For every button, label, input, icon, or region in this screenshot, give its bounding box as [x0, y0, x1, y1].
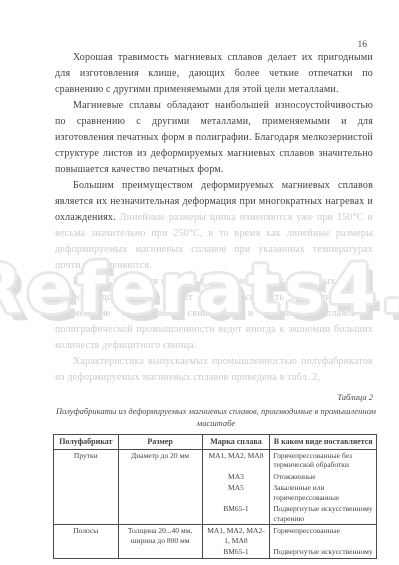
table-header-cell: Размер: [118, 435, 202, 450]
table-label: Таблица 2: [55, 392, 373, 402]
cell-delivery-form: Горячепрессованные без термической обраб…: [270, 449, 377, 471]
text-block: Хорошая травимость магниевых сплавов дел…: [55, 50, 373, 559]
cell-delivery-form: Подвергнутые искусственному старению: [270, 503, 377, 525]
cell-size: Диаметр до 20 мм: [118, 449, 202, 525]
cell-grade: МА1, МА2, МА2-1, МА8: [202, 525, 270, 547]
cell-delivery-form: Закаленные или горячепрессованные: [270, 482, 377, 503]
paragraph-2: Магниевые сплавы обладают наибольшей изн…: [55, 98, 373, 178]
cell-product: Прутки: [54, 449, 119, 525]
table-row: ПолосыТолщина 20...40 мм, ширина до 800 …: [54, 525, 377, 547]
cell-grade: МА3: [202, 471, 270, 483]
cell-delivery-form: Горячепрессованные: [270, 525, 377, 547]
paragraph-4: Процесс травления пластин из деформируем…: [55, 274, 373, 354]
document-page: 16 Referats4.ru Хорошая травимость магни…: [0, 0, 399, 565]
paragraph-3: Большим преимуществом деформируемых магн…: [55, 178, 373, 274]
products-table: ПолуфабрикатРазмерМарка сплаваВ каком ви…: [53, 434, 377, 559]
table-header-row: ПолуфабрикатРазмерМарка сплаваВ каком ви…: [54, 435, 377, 450]
cell-size: Толщина 20...40 мм, ширина до 800 мм: [118, 525, 202, 559]
paragraph-5: Характеристика выпускаемых промышленност…: [55, 354, 373, 386]
cell-delivery-form: Подвергнутые искусственному: [270, 546, 377, 558]
cell-delivery-form: Отожженные: [270, 471, 377, 483]
table-header-cell: Полуфабрикат: [54, 435, 119, 450]
cell-grade: ВМ65-1: [202, 503, 270, 525]
table-row: ПруткиДиаметр до 20 ммМА1, МА2, МА8Горяч…: [54, 449, 377, 471]
paragraph-1: Хорошая травимость магниевых сплавов дел…: [55, 50, 373, 98]
table-caption: Полуфабрикаты из деформируемых магниевых…: [55, 405, 377, 429]
cell-product: Полосы: [54, 525, 119, 559]
table-body: ПруткиДиаметр до 20 ммМА1, МА2, МА8Горяч…: [54, 449, 377, 558]
cell-grade: МА5: [202, 482, 270, 503]
cell-grade: МА1, МА2, МА8: [202, 449, 270, 471]
cell-grade: ВМ65-1: [202, 546, 270, 558]
table-header-cell: Марка сплава: [202, 435, 270, 450]
table-header-cell: В каком виде поставляется: [270, 435, 377, 450]
page-number: 16: [358, 40, 368, 50]
